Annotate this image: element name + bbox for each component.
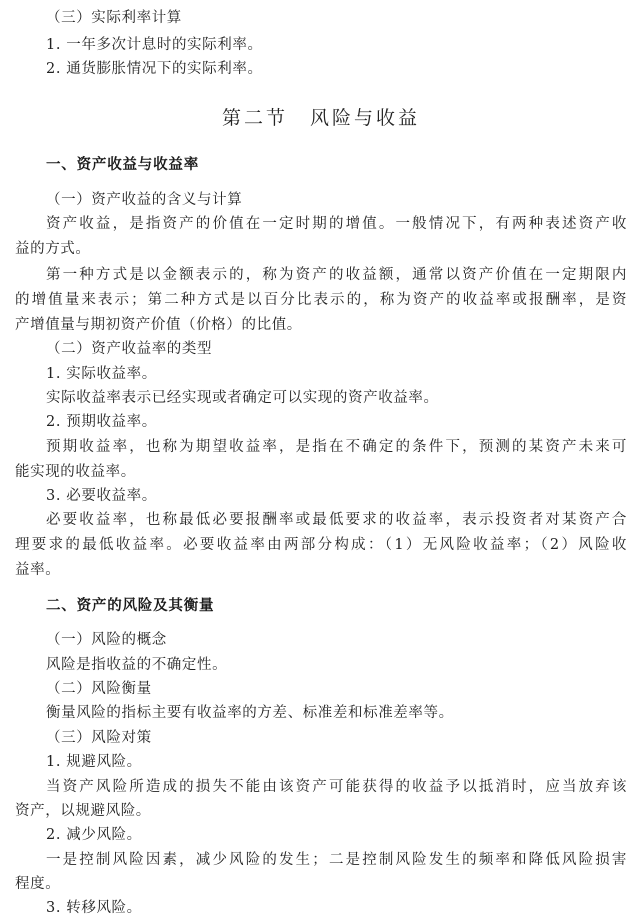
paragraph-line: 必要收益率，也称最低必要报酬率或最低要求的收益率，表示投资者对某资产合 bbox=[46, 510, 627, 530]
paragraph-line: 的增值量来表示；第二种方式是以百分比表示的，称为资产的收益率或报酬率，是资 bbox=[15, 290, 627, 310]
section-number: 第二节 bbox=[222, 107, 288, 129]
paragraph-line: 能实现的收益率。 bbox=[15, 462, 627, 482]
subheading-actual-interest-calc: （三）实际利率计算 bbox=[46, 8, 642, 28]
list-item-title: 1. 规避风险。 bbox=[46, 752, 642, 772]
section-name: 风险与收益 bbox=[310, 107, 420, 129]
list-item-title: 2. 预期收益率。 bbox=[46, 412, 642, 432]
list-item-title: 1. 实际收益率。 bbox=[46, 364, 642, 384]
subheading-risk-countermeasures: （三）风险对策 bbox=[46, 728, 642, 748]
paragraph-line: 预期收益率，也称为期望收益率，是指在不确定的条件下，预测的某资产未来可 bbox=[46, 437, 627, 457]
paragraph-line: 实际收益率表示已经实现或者确定可以实现的资产收益率。 bbox=[46, 388, 642, 408]
list-item: 1. 一年多次计息时的实际利率。 bbox=[46, 35, 642, 55]
paragraph-line: 理要求的最低收益率。必要收益率由两部分构成：（1）无风险收益率；（2）风险收 bbox=[15, 535, 627, 555]
heading-asset-risk: 二、资产的风险及其衡量 bbox=[46, 596, 214, 616]
list-item: 2. 通货膨胀情况下的实际利率。 bbox=[46, 59, 642, 79]
list-item-title: 3. 转移风险。 bbox=[46, 898, 642, 918]
list-item-title: 3. 必要收益率。 bbox=[46, 486, 642, 506]
section-title: 第二节风险与收益 bbox=[0, 105, 642, 131]
paragraph-line: 一是控制风险因素，减少风险的发生；二是控制风险发生的频率和降低风险损害 bbox=[46, 850, 627, 870]
paragraph-line: 益率。 bbox=[15, 560, 627, 580]
paragraph-line: 衡量风险的指标主要有收益率的方差、标准差和标准差率等。 bbox=[46, 703, 642, 723]
paragraph-line: 第一种方式是以金额表示的，称为资产的收益额，通常以资产价值在一定期限内 bbox=[46, 265, 627, 285]
paragraph-line: 产增值量与期初资产价值（价格）的比值。 bbox=[15, 315, 627, 335]
paragraph-line: 风险是指收益的不确定性。 bbox=[46, 655, 642, 675]
subheading-risk-concept: （一）风险的概念 bbox=[46, 630, 642, 650]
paragraph-line: 资产，以规避风险。 bbox=[15, 801, 627, 821]
subheading-meaning-of-returns: （一）资产收益的含义与计算 bbox=[46, 190, 642, 210]
paragraph-line: 当资产风险所造成的损失不能由该资产可能获得的收益予以抵消时，应当放弃该 bbox=[46, 777, 627, 797]
subheading-risk-measurement: （二）风险衡量 bbox=[46, 679, 642, 699]
subheading-return-types: （二）资产收益率的类型 bbox=[46, 339, 642, 359]
paragraph-line: 益的方式。 bbox=[15, 239, 627, 259]
paragraph-line: 资产收益，是指资产的价值在一定时期的增值。一般情况下，有两种表述资产收 bbox=[46, 214, 627, 234]
list-item-title: 2. 减少风险。 bbox=[46, 825, 642, 845]
heading-asset-returns: 一、资产收益与收益率 bbox=[46, 155, 199, 175]
document-page: （三）实际利率计算 1. 一年多次计息时的实际利率。 2. 通货膨胀情况下的实际… bbox=[0, 0, 642, 923]
paragraph-line: 程度。 bbox=[15, 874, 627, 894]
